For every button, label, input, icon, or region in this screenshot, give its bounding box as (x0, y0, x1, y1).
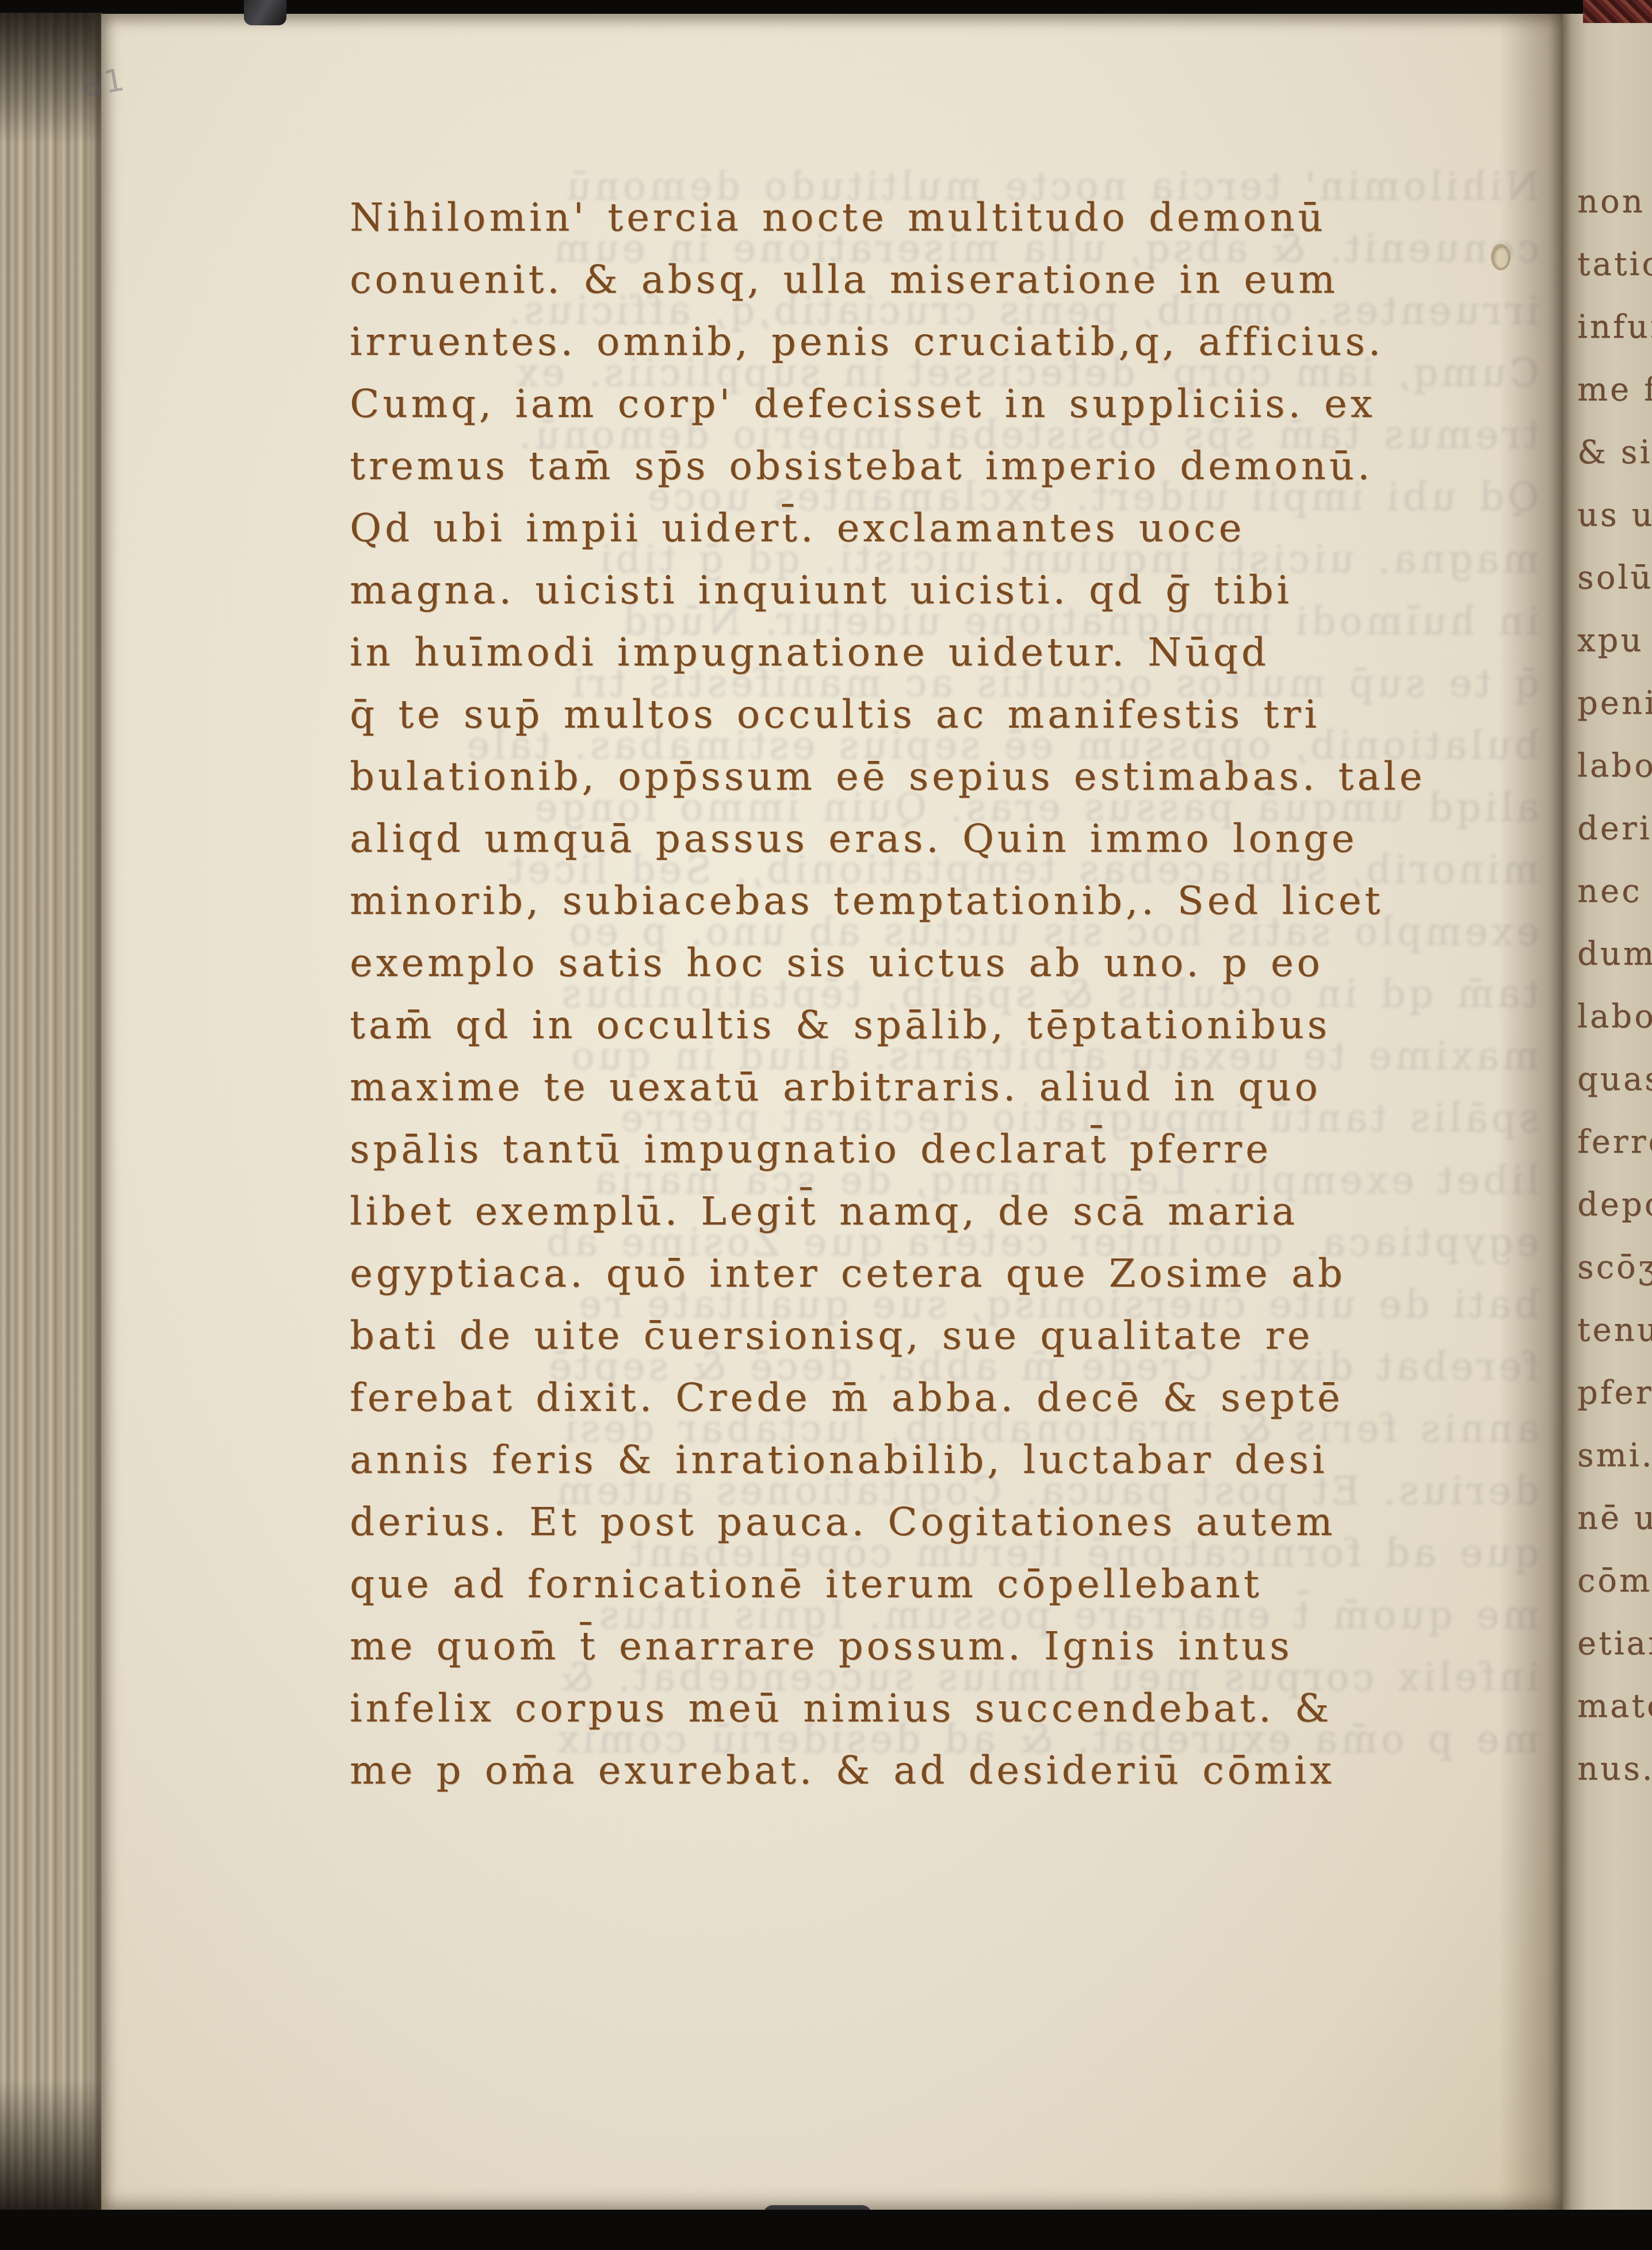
manuscript-line: conuenit. & absq, ulla miseratione in eu… (350, 248, 1517, 311)
facing-page-line-fragment: smi. n (1577, 1424, 1652, 1487)
facing-page-line-fragment: dum (1577, 923, 1652, 985)
facing-page-line-fragment: & sic (1577, 421, 1652, 484)
facing-page-line-fragment: ferre (1577, 1111, 1652, 1173)
manuscript-line: libet exemplū. Legit̄ namq, de scā maria (350, 1180, 1517, 1242)
manuscript-line: irruentes. omnib, penis cruciatib,q, aff… (350, 311, 1517, 373)
manuscript-line: Cumq, iam corp' defecisset in suppliciis… (350, 373, 1517, 435)
manuscript-line: infelix corpus meū nimius succendebat. & (350, 1677, 1517, 1739)
facing-page-line-fragment: mate (1577, 1675, 1652, 1738)
facing-page-line-fragment: nē uo (1577, 1487, 1652, 1549)
facing-page-line-fragment: xpu (1577, 609, 1652, 672)
manuscript-line: ferebat dixit. Crede m̄ abba. decē & sep… (350, 1367, 1517, 1429)
manuscript-line: tam̄ qd in occultis & spālib, tēptationi… (350, 994, 1517, 1056)
facing-page-line-fragment: penit (1577, 672, 1652, 734)
manuscript-line: q̄ te sup̄ multos occultis ac manifestis… (350, 683, 1517, 745)
manuscript-line: derius. Et post pauca. Cogitationes aute… (350, 1491, 1517, 1553)
manuscript-line: me quom̄ t̄ enarrare possum. Ignis intus (350, 1615, 1517, 1677)
facing-page-line-fragment: scōʒ p (1577, 1236, 1652, 1299)
manuscript-line: minorib, subiacebas temptationib,. Sed l… (350, 870, 1517, 932)
manuscript-line: magna. uicisti inquiunt uicisti. qd ḡ ti… (350, 559, 1517, 621)
facing-page-line-fragment: solū u (1577, 546, 1652, 609)
facing-page-line-fragment: us ut (1577, 484, 1652, 546)
facing-page-line-fragment: non (1577, 170, 1652, 233)
gutter-shadow (1499, 14, 1562, 2212)
facing-page-line-fragment: quas u (1577, 1048, 1652, 1111)
facing-page-line-fragment: tatio (1577, 233, 1652, 296)
manuscript-line: egyptiaca. quō inter cetera que Zosime a… (350, 1242, 1517, 1304)
manuscript-line: tremus tam̄ sp̄s obsistebat imperio demo… (350, 435, 1517, 497)
facing-page-line-fragment: me f (1577, 358, 1652, 421)
manuscript-line: spālis tantū impugnatio declarat̄ pferre (350, 1118, 1517, 1180)
facing-page-line-fragment: tenui (1577, 1299, 1652, 1361)
manuscript-line: in huīmodi impugnatione uidetur. Nūqd (350, 621, 1517, 683)
book-cover-corner (1583, 0, 1652, 23)
manuscript-text-block: Nihilomin' tercia nocte multitudo demonū… (350, 186, 1517, 1801)
pencil-folio-number: 81 (78, 60, 130, 104)
manuscript-line: que ad fornicationē iterum cōpellebant (350, 1553, 1517, 1615)
facing-page-line-fragment: nus. s (1577, 1738, 1652, 1800)
facing-page-line-fragment: labor (1577, 985, 1652, 1048)
facing-page-line-fragment: depon (1577, 1173, 1652, 1236)
manuscript-line: Qd ubi impii uidert̄. exclamantes uoce (350, 497, 1517, 559)
facing-page-line-fragment: labora (1577, 734, 1652, 797)
manuscript-line: bati de uite c̄uersionisq, sue qualitate… (350, 1304, 1517, 1367)
manuscript-line: maxime te uexatū arbitraris. aliud in qu… (350, 1056, 1517, 1118)
facing-page-text: nontatioinfurme f& sicus utsolū uxpupeni… (1577, 170, 1652, 1800)
manuscript-line: annis feris & inrationabilib, luctabar d… (350, 1429, 1517, 1491)
facing-page-line-fragment: derioʒ (1577, 797, 1652, 860)
manuscript-line: Nihilomin' tercia nocte multitudo demonū (350, 186, 1517, 248)
manuscript-line: bulationib, opp̄ssum eē sepius estimabas… (350, 745, 1517, 808)
facing-page-line-fragment: nec ui (1577, 860, 1652, 923)
facing-page-strip: nontatioinfurme f& sicus utsolū uxpupeni… (1562, 14, 1652, 2212)
book-fore-edge (0, 13, 102, 2211)
manuscript-line: me p om̄a exurebat. & ad desideriū cōmix (350, 1739, 1517, 1801)
facing-page-line-fragment: pferr (1577, 1361, 1652, 1424)
manuscript-line: exemplo satis hoc sis uictus ab uno. p e… (350, 932, 1517, 994)
manuscript-page: 81 Nihilomin' tercia nocte multitudo dem… (101, 14, 1562, 2212)
photo-border-bottom (0, 2210, 1652, 2250)
manuscript-line: aliqd umquā passus eras. Quin immo longe (350, 808, 1517, 870)
facing-page-line-fragment: cōmin (1577, 1549, 1652, 1612)
facing-page-line-fragment: etiam (1577, 1612, 1652, 1675)
page-clamp-top (244, 0, 286, 25)
facing-page-line-fragment: infur (1577, 296, 1652, 358)
